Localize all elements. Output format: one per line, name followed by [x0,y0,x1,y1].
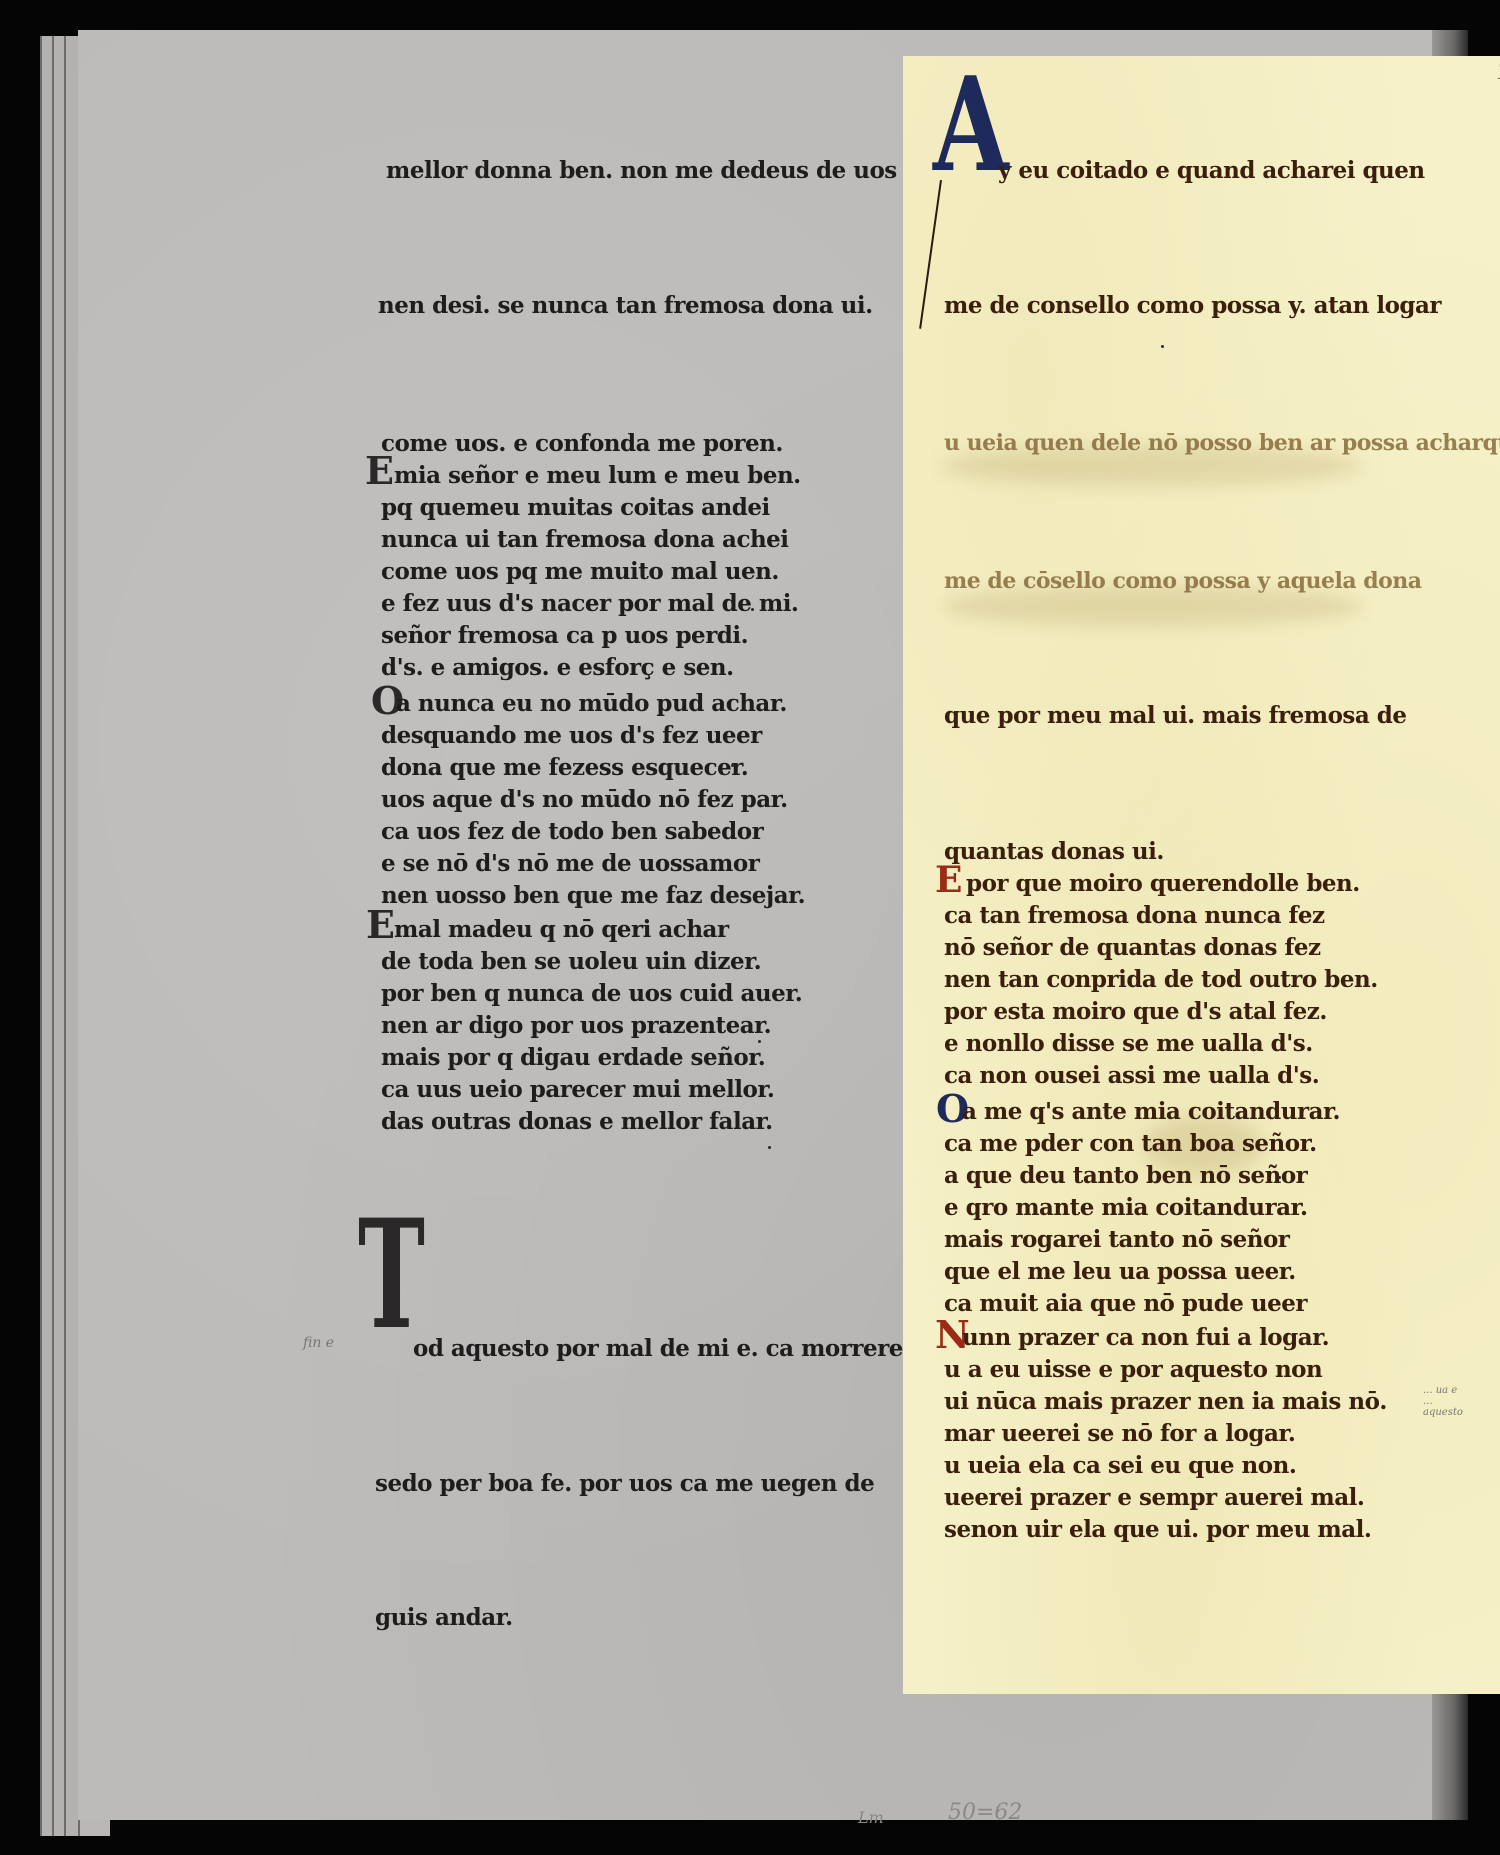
text-line: ui nūca mais prazer nen ia mais nō. [944,1388,1387,1415]
text-line: u ueia ela ca sei eu que non. [944,1452,1296,1479]
text-line: u a eu uisse e por aquesto non [944,1356,1322,1383]
text-line: e nonllo disse se me ualla d's. [944,1030,1313,1057]
text-line: e qro mante mia coitandurar. [944,1194,1308,1221]
right-column: A y eu coitado e quand acharei quen me d… [78,30,1468,1820]
text-line: que por meu mal ui. mais fremosa de [944,702,1406,729]
text-line: que el me leu ua possa ueer. [944,1258,1296,1285]
faded-text-line: u ueia quen dele nō posso ben ar possa a… [944,430,1500,456]
text-line: me de consello como possa y. atan logar [944,292,1441,319]
text-line: senon uir ela que ui. por meu mal. [944,1516,1371,1543]
initial-letter-e-red: E [935,862,962,898]
text-line: nō señor de quantas donas fez [944,934,1321,961]
punctus-dot [1278,1176,1281,1179]
text-line: por esta moiro que d's atal fez. [944,998,1327,1025]
punctus-dot [768,1146,771,1149]
text-line: y eu coitado e quand acharei quen [998,157,1425,184]
manuscript-page: mellor donna ben. non me dedeus de uos b… [78,30,1468,1820]
text-line: nen tan conprida de tod outro ben. [944,966,1378,993]
text-line: quantas donas ui. [944,838,1164,865]
text-line: mais rogarei tanto nō señor [944,1226,1289,1253]
text-line: unn prazer ca non fui a logar. [962,1324,1329,1351]
text-line: ca muit aia que nō pude ueer [944,1290,1307,1317]
bottom-scribble: Lm [858,1808,884,1827]
text-line: ca tan fremosa dona nunca fez [944,902,1325,929]
text-line: por que moiro querendolle ben. [966,870,1360,897]
text-line: ca non ousei assi me ualla d's. [944,1062,1319,1089]
text-line: mar ueerei se nō for a logar. [944,1420,1295,1447]
margin-note: ... ua e ... aquesto [1423,1385,1468,1418]
text-line: ca me pder con tan boa señor. [944,1130,1317,1157]
text-line: ueerei prazer e sempr auerei mal. [944,1484,1364,1511]
initial-flourish [919,180,942,329]
punctus-dot [751,608,754,611]
folio-number: 128 [1496,60,1500,85]
punctus-dot [1161,345,1164,348]
shelfmark-note: 50=62 [948,1800,1022,1825]
faded-text-line: me de cōsello como possa y aquela dona [944,568,1422,594]
punctus-dot [731,764,734,767]
text-line: a que deu tanto ben nō señor [944,1162,1307,1189]
text-line: a me q's ante mia coitandurar. [962,1098,1340,1125]
punctus-dot [758,1040,761,1043]
